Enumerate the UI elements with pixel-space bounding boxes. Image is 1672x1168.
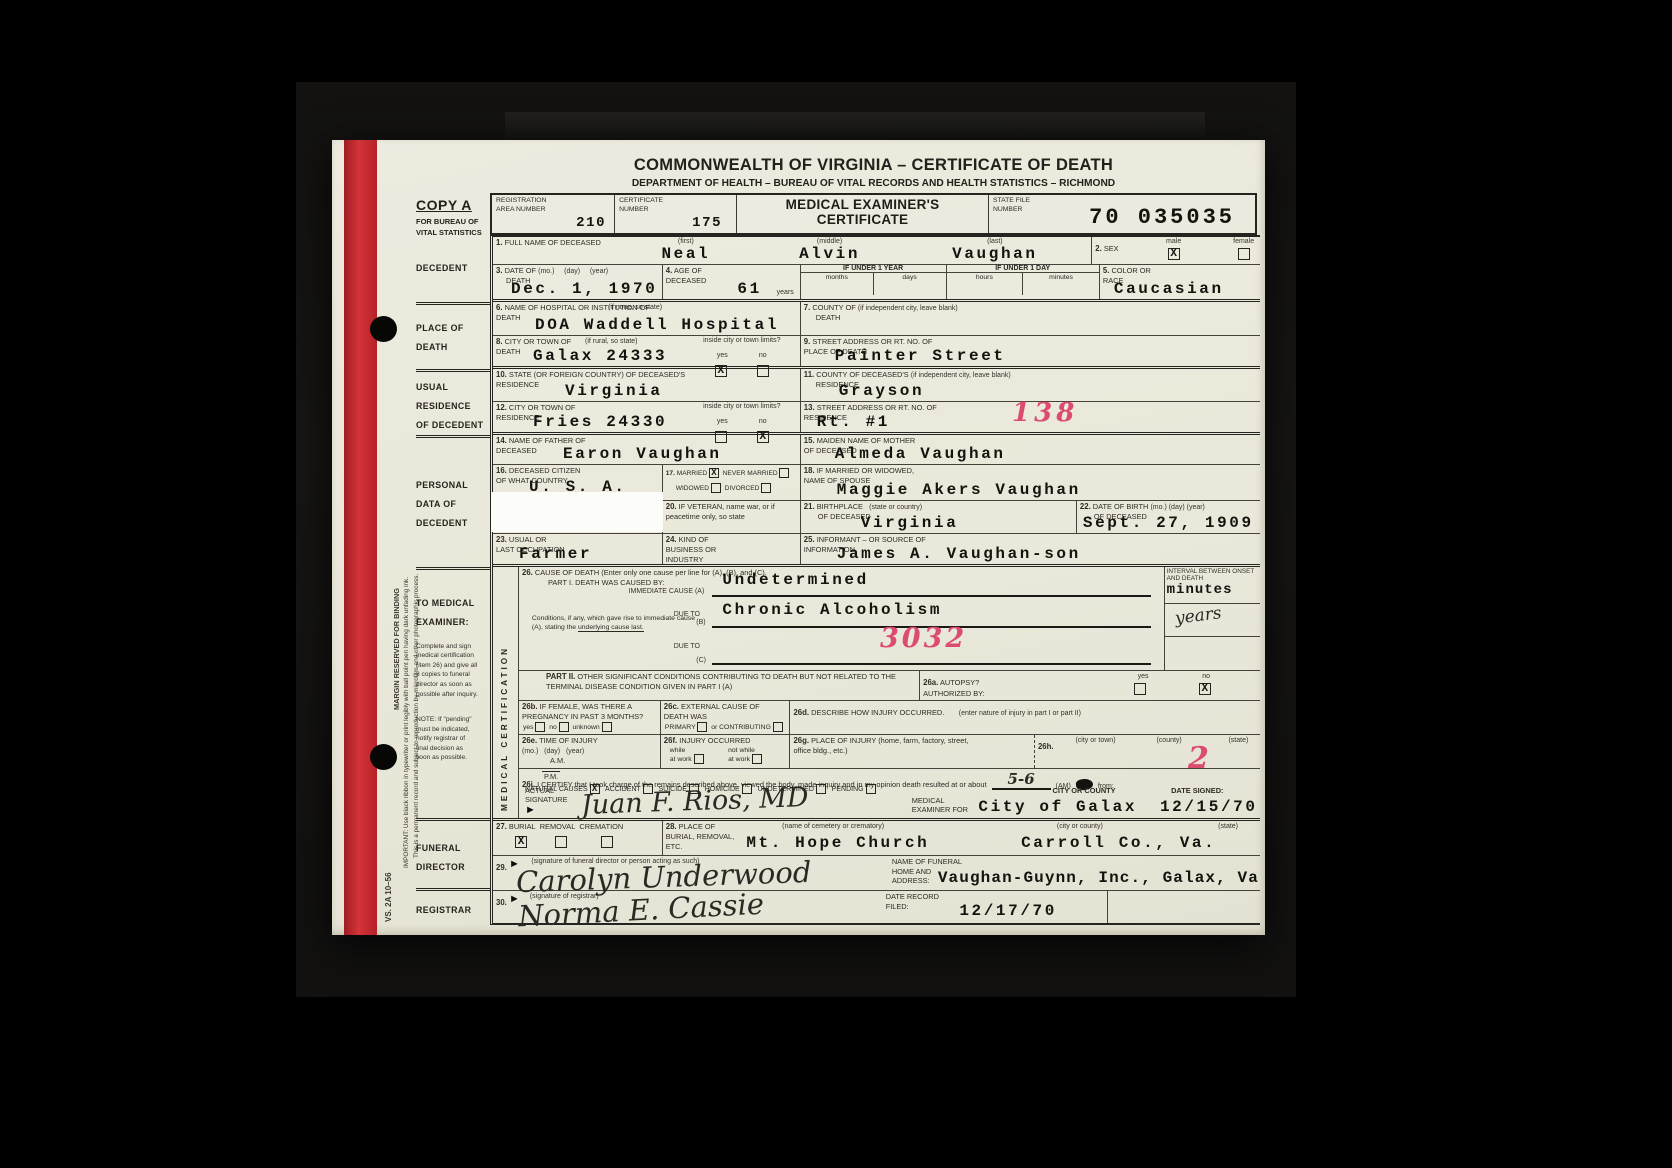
- row-burial: 27. BURIAL REMOVAL CREMATION X 28. PLACE…: [493, 821, 1260, 856]
- not-while-label: not while: [728, 747, 755, 754]
- hole-punch-top: [370, 316, 397, 342]
- certificate-number-box: CERTIFICATE NUMBER 175: [614, 195, 736, 233]
- autopsy-yes-label: yes: [1138, 673, 1149, 680]
- medical-examiner-for-label: MEDICAL EXAMINER FOR: [912, 796, 974, 815]
- field-interval-column: INTERVAL BETWEEN ONSET AND DEATH minutes…: [1164, 567, 1260, 670]
- age-value: 61: [737, 280, 761, 298]
- certificate-type-line2: CERTIFICATE: [741, 212, 984, 227]
- city-death-hint: (if rural, so state): [585, 338, 638, 345]
- last-name-value: Vaughan: [901, 245, 1088, 263]
- field15-number: 15.: [804, 436, 815, 445]
- county-death-label2: DEATH: [816, 313, 841, 322]
- cremation-label: CREMATION: [579, 822, 623, 831]
- field-disposition: 27. BURIAL REMOVAL CREMATION X: [493, 821, 662, 855]
- margin-important-text: IMPORTANT: Use black ribbon in typewrite…: [403, 368, 410, 868]
- field-registrar-signature: 30. ► (signature of registrar) Norma E. …: [493, 891, 1107, 923]
- field26d-number: 26d.: [793, 708, 809, 717]
- date-of-death-value: Dec. 1, 1970: [511, 280, 657, 298]
- pregnancy-yes-label: yes: [523, 724, 534, 731]
- interval-cell-c: [1165, 637, 1260, 670]
- never-married-label: NEVER MARRIED: [723, 470, 778, 477]
- pregnancy-no-checkbox[interactable]: [559, 722, 569, 732]
- or-label: or: [711, 724, 717, 731]
- county-residence-value: Grayson: [839, 382, 924, 400]
- am-label: A.M.: [550, 756, 657, 766]
- field16-number: 16.: [496, 466, 507, 475]
- field-cause-of-death: 26. CAUSE OF DEATH (Enter only one cause…: [519, 567, 1164, 670]
- header-number-boxes: REGISTRATION AREA NUMBER 210 CERTIFICATE…: [490, 193, 1257, 235]
- injury-occurred-label: INJURY OCCURRED: [679, 736, 750, 745]
- external-cause-options: PRIMARY or CONTRIBUTING: [665, 722, 783, 732]
- side-place-of-death: PLACE OF DEATH: [416, 302, 490, 369]
- side-registrar: REGISTRAR: [416, 888, 490, 920]
- field26h-number: 26h.: [1038, 742, 1054, 751]
- hospital-value: DOA Waddell Hospital: [535, 316, 779, 334]
- field17-number: 17.: [666, 470, 675, 477]
- side-label-column: DECEDENT PLACE OF DEATH USUAL RESIDENCE …: [416, 235, 490, 920]
- place-injury-label: PLACE OF INJURY (home, farm, factory, st…: [793, 736, 968, 755]
- not-while-at-work-checkbox[interactable]: [752, 754, 762, 764]
- row-cause-of-death: 26. CAUSE OF DEATH (Enter only one cause…: [519, 567, 1260, 671]
- field26-number: 26.: [522, 568, 533, 577]
- state-file-value: 70 035035: [1089, 205, 1235, 230]
- field-mother: 15. MAIDEN NAME OF MOTHER OF DECEASED Al…: [800, 435, 1260, 464]
- external-cause-label: EXTERNAL CAUSE OF DEATH WAS: [664, 702, 760, 721]
- days-label: days: [873, 273, 946, 295]
- field3-number: 3.: [496, 266, 503, 275]
- copy-a-label: COPY A: [416, 197, 490, 213]
- at-work-label-2: at work: [728, 756, 750, 763]
- field20-number: 20.: [666, 502, 677, 511]
- cemetery-hint: (name of cemetery or crematory): [782, 823, 884, 830]
- registration-area-box: REGISTRATION AREA NUMBER 210: [492, 195, 614, 233]
- last-name-hint: (last): [901, 238, 1088, 245]
- field-certification: 26i. I CERTIFY that I took charge of the…: [519, 769, 1260, 818]
- side-to-medical-label: TO MEDICAL EXAMINER:: [416, 594, 476, 632]
- city-residence-value: Fries 24330: [533, 413, 667, 431]
- row-date-age-color: 3. DATE OF (mo.) (day) (year)DEATH Dec. …: [493, 265, 1260, 302]
- part2-text: OTHER SIGNIFICANT CONDITIONS CONTRIBUTIN…: [546, 672, 896, 691]
- cause-conditions-note: Conditions, if any, which gave rise to i…: [532, 615, 700, 633]
- row-occupation-informant: 23. USUAL OR LAST OCCUPATION Farmer 24. …: [493, 534, 1260, 567]
- medical-certification-vertical-label: MEDICAL CERTIFICATION: [500, 581, 509, 811]
- color-race-value: Caucasian: [1114, 280, 1224, 298]
- field26c-number: 26c.: [664, 702, 679, 711]
- sex-female-label: female: [1233, 238, 1254, 245]
- contributing-checkbox[interactable]: [773, 722, 783, 732]
- side-to-medical-examiner: TO MEDICAL EXAMINER: Complete and sign m…: [416, 567, 490, 818]
- city-residence-limits-label: inside city or town limits?: [688, 403, 796, 410]
- city-death-value: Galax 24333: [533, 347, 667, 365]
- burial-city-county-value: Carroll Co., Va.: [1021, 834, 1216, 852]
- sex-male-label: male: [1166, 238, 1181, 245]
- autopsy-no-label: no: [1202, 673, 1210, 680]
- describe-injury-hint: (enter nature of injury in part I or par…: [959, 710, 1081, 717]
- contributing-label: CONTRIBUTING: [719, 724, 771, 731]
- field-date-of-death: 3. DATE OF (mo.) (day) (year)DEATH Dec. …: [493, 265, 662, 299]
- informant-value: James A. Vaughan-son: [837, 545, 1081, 563]
- field23-number: 23.: [496, 535, 507, 544]
- months-label: months: [801, 273, 873, 295]
- field-father: 14. NAME OF FATHER OF DECEASED Earon Vau…: [493, 435, 800, 464]
- field29-number: 29.: [496, 863, 507, 872]
- city-residence-no-label: no: [759, 418, 767, 425]
- certify-time-handwritten: 5-6: [992, 770, 1051, 790]
- field28-number: 28.: [666, 822, 677, 831]
- state-residence-value: Virginia: [565, 382, 663, 400]
- field-state-residence: 10. STATE (OR FOREIGN COUNTRY) OF DECEAS…: [493, 369, 800, 401]
- form-number: VS. 2A 10–56: [384, 850, 393, 922]
- married-label: MARRIED: [677, 470, 707, 477]
- field-injury-location: 26h. (city or town) (county) (state) 2: [1034, 735, 1260, 768]
- autopsy-authorized-label: AUTHORIZED BY:: [923, 689, 985, 699]
- divorced-checkbox[interactable]: [761, 483, 771, 493]
- cause-a-value: Undetermined: [722, 571, 868, 589]
- time-injury-hint: (mo.) (day) (year): [522, 748, 584, 755]
- cause-conditions-underlined: underlying cause last.: [578, 624, 644, 632]
- first-name-value: Neal: [614, 245, 758, 263]
- field-spouse: 18. IF MARRIED OR WIDOWED, NAME OF SPOUS…: [800, 465, 1260, 500]
- copy-a-block: COPY A FOR BUREAU OF VITAL STATISTICS: [416, 197, 490, 239]
- city-residence-yes-label: yes: [717, 418, 728, 425]
- while-at-work-checkbox[interactable]: [694, 754, 704, 764]
- registration-area-value: 210: [576, 215, 606, 231]
- middle-name-hint: (middle): [758, 238, 902, 245]
- field9-number: 9.: [804, 337, 811, 346]
- side-personal-label: PERSONAL DATA OF DECEDENT: [416, 476, 478, 533]
- field-if-under-1-day: IF UNDER 1 DAY hoursminutes: [946, 265, 1099, 299]
- medical-certification-block: MEDICAL CERTIFICATION 26. CAUSE OF DEATH…: [493, 567, 1260, 821]
- field10-number: 10.: [496, 370, 507, 379]
- burial-state-hint: (state): [1218, 823, 1238, 830]
- field12-number: 12.: [496, 403, 507, 412]
- field2-number: 2.: [1095, 244, 1102, 253]
- field-street-of-death: 9. STREET ADDRESS OR RT. NO. OF PLACE OF…: [800, 336, 1260, 366]
- field26e-number: 26e.: [522, 736, 537, 745]
- field-pregnancy: 26b. IF FEMALE, WAS THERE A PREGNANCY IN…: [519, 701, 660, 734]
- pregnancy-options: yes no unknown: [523, 722, 612, 732]
- field-county-of-death: 7. COUNTY OF (if independent city, leave…: [800, 302, 1260, 335]
- field21-number: 21.: [804, 502, 815, 511]
- field11-number: 11.: [804, 370, 814, 379]
- widowed-label: WIDOWED: [676, 485, 709, 492]
- under-1-year-header: IF UNDER 1 YEAR: [801, 265, 946, 273]
- birthplace-hint: (state or country): [869, 504, 922, 511]
- injury-red-annotation: 2: [1188, 741, 1209, 776]
- field-sex: 2. SEX maleX female: [1091, 237, 1260, 264]
- due-to-label-2: DUE TO: [674, 643, 700, 650]
- certificate-type-line1: MEDICAL EXAMINER'S: [741, 197, 984, 212]
- field30-number: 30.: [496, 898, 507, 907]
- field-marital-status: 17. MARRIED X NEVER MARRIED WIDOWED DIVO…: [662, 465, 800, 500]
- date-of-death-label: DATE OF: [505, 266, 536, 275]
- under-1-day-header: IF UNDER 1 DAY: [947, 265, 1099, 273]
- side-funeral-label: FUNERAL DIRECTOR: [416, 839, 474, 877]
- widowed-checkbox[interactable]: [711, 483, 721, 493]
- field13-number: 13.: [804, 403, 815, 412]
- field-street-residence: 13. STREET ADDRESS OR RT. NO. OF RESIDEN…: [800, 402, 1260, 432]
- side-usual-residence: USUAL RESIDENCE OF DECEDENT: [416, 369, 490, 435]
- married-checkbox[interactable]: X: [709, 468, 719, 478]
- street-residence-red-annotation: 138: [1012, 398, 1078, 428]
- city-death-yes-label: yes: [717, 352, 728, 359]
- state-file-box: STATE FILE NUMBER 70 035035: [988, 195, 1255, 233]
- interval-cell-b: years: [1165, 604, 1260, 637]
- field27-number: 27.: [496, 822, 507, 831]
- field-place-of-injury: 26g. PLACE OF INJURY (home, farm, factor…: [789, 735, 1034, 768]
- registrar-empty-cell: [1107, 891, 1260, 923]
- interval-b-handwritten: years: [1174, 603, 1223, 629]
- pending-checkbox[interactable]: [866, 784, 876, 794]
- divorced-label: DIVORCED: [725, 485, 760, 492]
- field-autopsy: 26a. AUTOPSY? yes no X AUTHORIZED BY:: [919, 671, 1260, 700]
- redaction-box: [491, 492, 663, 532]
- field14-number: 14.: [496, 436, 507, 445]
- place-burial-value: Mt. Hope Church: [746, 834, 929, 852]
- medical-examiner-for-value: City of Galax: [978, 798, 1137, 816]
- street-residence-value: Rt. #1: [817, 413, 890, 431]
- death-certificate-document: MARGIN RESERVED FOR BINDING IMPORTANT: U…: [332, 140, 1265, 935]
- margin-binding-text: MARGIN RESERVED FOR BINDING: [392, 540, 401, 710]
- father-value: Earon Vaughan: [563, 445, 722, 463]
- certificate-number-label: CERTIFICATE NUMBER: [619, 197, 674, 215]
- county-death-hint: (if independent city, leave blank): [858, 305, 958, 312]
- binding-red-strip: [344, 140, 377, 935]
- field26b-number: 26b.: [522, 702, 538, 711]
- hospital-hint: (if none, so state): [608, 304, 662, 311]
- injury-state-hint: (state): [1228, 737, 1248, 744]
- field-redacted-19: [493, 501, 662, 533]
- pregnancy-label: IF FEMALE, WAS THERE A PREGNANCY IN PAST…: [522, 702, 643, 721]
- field-veteran: 20. IF VETERAN, name war, or if peacetim…: [662, 501, 800, 533]
- field-full-name: 1. FULL NAME OF DECEASED (first)Neal (mi…: [493, 237, 1091, 264]
- hole-punch-bottom: [370, 744, 397, 770]
- sex-female-checkbox[interactable]: [1238, 248, 1250, 260]
- field-date-of-birth: 22. DATE OF BIRTH (mo.) (day) (year)OF D…: [1076, 501, 1260, 533]
- field-county-residence: 11. COUNTY OF DECEASED'S (if independent…: [800, 369, 1260, 401]
- never-married-checkbox[interactable]: [779, 468, 789, 478]
- city-death-limits-label: inside city or town limits?: [688, 337, 796, 344]
- side-residence-label: USUAL RESIDENCE OF DECEDENT: [416, 378, 484, 435]
- dob-value: Sept. 27, 1909: [1083, 514, 1254, 532]
- row-certification: 26i. I CERTIFY that I took charge of the…: [519, 769, 1260, 818]
- pregnancy-unknown-checkbox[interactable]: [602, 722, 612, 732]
- field4-number: 4.: [666, 266, 673, 275]
- cremation-checkbox[interactable]: [601, 836, 613, 848]
- pregnancy-yes-checkbox[interactable]: [535, 722, 545, 732]
- row-pregnancy-external-injury: 26b. IF FEMALE, WAS THERE A PREGNANCY IN…: [519, 701, 1260, 735]
- field-age: 4. AGE OF DECEASED 61 years: [662, 265, 800, 299]
- row-funeral-director: 29. ► (signature of funeral director or …: [493, 856, 1260, 891]
- time-injury-label: TIME OF INJURY: [539, 736, 597, 745]
- birthplace-label: BIRTHPLACE: [817, 502, 863, 511]
- state-file-label: STATE FILE NUMBER: [993, 197, 1038, 215]
- primary-checkbox[interactable]: [697, 722, 707, 732]
- pending-label: PENDING: [832, 786, 864, 793]
- pregnancy-no-label: no: [549, 724, 557, 731]
- occupation-value: Farmer: [519, 545, 592, 563]
- field1-label: FULL NAME OF DECEASED: [505, 238, 601, 247]
- describe-injury-label: DESCRIBE HOW INJURY OCCURRED.: [811, 708, 944, 717]
- certificate-title: COMMONWEALTH OF VIRGINIA – CERTIFICATE O…: [490, 156, 1257, 175]
- field26f-number: 26f.: [664, 736, 677, 745]
- medical-examiner-signature: Juan F. Rios, MD: [581, 782, 809, 821]
- field-part2: PART II. OTHER SIGNIFICANT CONDITIONS CO…: [519, 671, 919, 700]
- field22-number: 22.: [1080, 502, 1091, 511]
- field25-number: 25.: [804, 535, 815, 544]
- pregnancy-unknown-label: unknown: [572, 724, 599, 731]
- background-sheet-edge: [505, 112, 1205, 138]
- injury-city-hint: (city or town): [1075, 737, 1115, 744]
- field8-number: 8.: [496, 337, 503, 346]
- field-informant: 25. INFORMANT – OR SOURCE OF INFORMATION…: [800, 534, 1260, 564]
- burial-city-county-hint: (city or county): [1057, 823, 1103, 830]
- actual-signature-label: ACTUAL SIGNATURE: [525, 786, 568, 805]
- field-if-under-1-year: IF UNDER 1 YEAR monthsdays: [800, 265, 946, 299]
- interval-label: INTERVAL BETWEEN ONSET AND DEATH: [1167, 568, 1258, 582]
- field-business: 24. KIND OF BUSINESS OR INDUSTRY: [662, 534, 800, 564]
- autopsy-no-checkbox[interactable]: X: [1199, 683, 1211, 695]
- row-city-street-death: 8. CITY OR TOWN OF DEATH (if rural, so s…: [493, 336, 1260, 369]
- field-birthplace: 21. BIRTHPLACE (state or country)OF DECE…: [800, 501, 1076, 533]
- date-of-death-hints: (mo.) (day) (year): [538, 268, 608, 275]
- side-medical-note1: Complete and sign medical certification …: [416, 642, 482, 699]
- mother-value: Almeda Vaughan: [835, 445, 1006, 463]
- first-name-hint: (first): [614, 238, 758, 245]
- date-filed-value: 12/17/70: [959, 902, 1057, 920]
- cause-red-annotation: 3032: [880, 623, 967, 654]
- while-label: while: [670, 747, 686, 754]
- middle-name-value: Alvin: [758, 245, 902, 263]
- row-time-place-of-injury: 26e. TIME OF INJURY (mo.) (day) (year) A…: [519, 735, 1260, 769]
- field-external-cause: 26c. EXTERNAL CAUSE OF DEATH WAS PRIMARY…: [660, 701, 790, 734]
- side-medical-note2: NOTE: If "pending" must be indicated, no…: [416, 715, 478, 763]
- field-hospital: 6. NAME OF HOSPITAL OR INSTITUTION OF DE…: [493, 302, 800, 335]
- field-color-or-race: 5. COLOR OR RACE Caucasian: [1099, 265, 1260, 299]
- cause-line-a: Undetermined: [712, 571, 1150, 597]
- row-part2-autopsy: PART II. OTHER SIGNIFICANT CONDITIONS CO…: [519, 671, 1260, 701]
- part2-label: PART II.: [546, 672, 575, 681]
- row-veteran-birthplace-dob: 20. IF VETERAN, name war, or if peacetim…: [493, 501, 1260, 534]
- field-injury-occurred: 26f. INJURY OCCURRED whileat work not wh…: [660, 735, 790, 768]
- hours-label: hours: [947, 273, 1023, 295]
- cause-c-tag: (C): [696, 657, 706, 664]
- county-residence-hint: (if independent city, leave blank): [911, 372, 1011, 379]
- registration-area-label: REGISTRATION AREA NUMBER: [496, 197, 556, 215]
- interval-a-value: minutes: [1167, 582, 1258, 598]
- cause-b-value: Chronic Alcoholism: [722, 601, 942, 619]
- side-decedent: DECEDENT: [416, 235, 490, 302]
- field-describe-injury: 26d. DESCRIBE HOW INJURY OCCURRED. (ente…: [789, 701, 1260, 734]
- dob-label: DATE OF BIRTH: [1093, 502, 1149, 511]
- street-death-value: Painter Street: [835, 347, 1006, 365]
- veteran-label: IF VETERAN, name war, or if peacetime on…: [666, 502, 775, 521]
- side-funeral-director: FUNERAL DIRECTOR: [416, 818, 490, 888]
- spouse-value: Maggie Akers Vaughan: [837, 481, 1081, 499]
- field-city-residence: 12. CITY OR TOWN OF RESIDENCE Fries 2433…: [493, 402, 800, 432]
- undetermined-checkbox[interactable]: [816, 784, 826, 794]
- dob-hint: (mo.) (day) (year): [1150, 504, 1204, 511]
- row-name-sex: 1. FULL NAME OF DECEASED (first)Neal (mi…: [493, 237, 1260, 265]
- age-unit-label: years: [777, 289, 794, 296]
- side-registrar-label: REGISTRAR: [416, 901, 490, 920]
- certificate-subtitle: DEPARTMENT OF HEALTH – BUREAU OF VITAL R…: [490, 178, 1257, 189]
- field18-number: 18.: [804, 466, 815, 475]
- field26g-number: 26g.: [793, 736, 809, 745]
- funeral-home-value: Vaughan-Guynn, Inc., Galax, Va: [938, 869, 1259, 887]
- date-signed-value: 12/15/70: [1160, 798, 1258, 816]
- autopsy-yes-checkbox[interactable]: [1134, 683, 1146, 695]
- removal-checkbox[interactable]: [555, 836, 567, 848]
- at-work-label-1: at work: [670, 756, 692, 763]
- date-filed-label: DATE RECORD FILED:: [886, 892, 956, 911]
- field-occupation: 23. USUAL OR LAST OCCUPATION Farmer: [493, 534, 662, 564]
- burial-label: BURIAL: [509, 822, 536, 831]
- certificate-form: 1. FULL NAME OF DECEASED (first)Neal (mi…: [490, 235, 1260, 925]
- row-father-mother: 14. NAME OF FATHER OF DECEASED Earon Vau…: [493, 435, 1260, 465]
- certificate-number-value: 175: [692, 215, 722, 231]
- field24-number: 24.: [666, 535, 677, 544]
- row-hospital-county: 6. NAME OF HOSPITAL OR INSTITUTION OF DE…: [493, 302, 1260, 336]
- autopsy-label: AUTOPSY?: [940, 678, 979, 687]
- row-registrar: 30. ► (signature of registrar) Norma E. …: [493, 891, 1260, 923]
- field-place-of-burial: 28. PLACE OF BURIAL, REMOVAL, ETC. (name…: [662, 821, 1260, 855]
- interval-cell-a: INTERVAL BETWEEN ONSET AND DEATH minutes: [1165, 567, 1260, 604]
- field7-number: 7.: [804, 303, 811, 312]
- age-label: AGE OF DECEASED: [666, 266, 707, 285]
- medical-certification-rows: 26. CAUSE OF DEATH (Enter only one cause…: [519, 567, 1260, 818]
- row-state-county-residence: 10. STATE (OR FOREIGN COUNTRY) OF DECEAS…: [493, 369, 1260, 402]
- county-death-label: COUNTY OF: [812, 303, 855, 312]
- city-death-no-label: no: [759, 352, 767, 359]
- birthplace-value: Virginia: [861, 514, 959, 532]
- city-or-county-label: CITY OR COUNTY: [1053, 786, 1116, 796]
- field6-number: 6.: [496, 303, 503, 312]
- immediate-cause-label: IMMEDIATE CAUSE (A): [629, 588, 705, 595]
- removal-label: REMOVAL: [540, 822, 576, 831]
- side-place-label: PLACE OF DEATH: [416, 319, 471, 357]
- field1-number: 1.: [496, 238, 503, 247]
- signature-marker-icon: ►: [525, 804, 536, 816]
- burial-checkbox[interactable]: X: [515, 836, 527, 848]
- actual-signature-block: ACTUAL SIGNATURE ►: [525, 786, 573, 816]
- sex-male-checkbox[interactable]: X: [1168, 248, 1180, 260]
- date-signed-label: DATE SIGNED:: [1171, 786, 1223, 796]
- row-city-street-residence: 12. CITY OR TOWN OF RESIDENCE Fries 2433…: [493, 402, 1260, 435]
- county-residence-label: COUNTY OF DECEASED'S: [816, 370, 908, 379]
- injury-county-hint: (county): [1156, 737, 1181, 744]
- side-decedent-label: DECEDENT: [416, 259, 490, 278]
- side-personal-data: PERSONAL DATA OF DECEDENT: [416, 435, 490, 567]
- field5-number: 5.: [1103, 266, 1110, 275]
- field-funeral-director-signature: 29. ► (signature of funeral director or …: [493, 856, 1260, 890]
- field-time-of-injury: 26e. TIME OF INJURY (mo.) (day) (year) A…: [519, 735, 660, 768]
- certificate-type-box: MEDICAL EXAMINER'S CERTIFICATE: [736, 195, 988, 233]
- medical-certification-strip: MEDICAL CERTIFICATION: [493, 567, 519, 818]
- field-city-of-death: 8. CITY OR TOWN OF DEATH (if rural, so s…: [493, 336, 800, 366]
- sex-label: SEX: [1104, 244, 1119, 253]
- minutes-label: minutes: [1022, 273, 1099, 295]
- field26a-number: 26a.: [923, 678, 938, 687]
- primary-label: PRIMARY: [665, 724, 696, 731]
